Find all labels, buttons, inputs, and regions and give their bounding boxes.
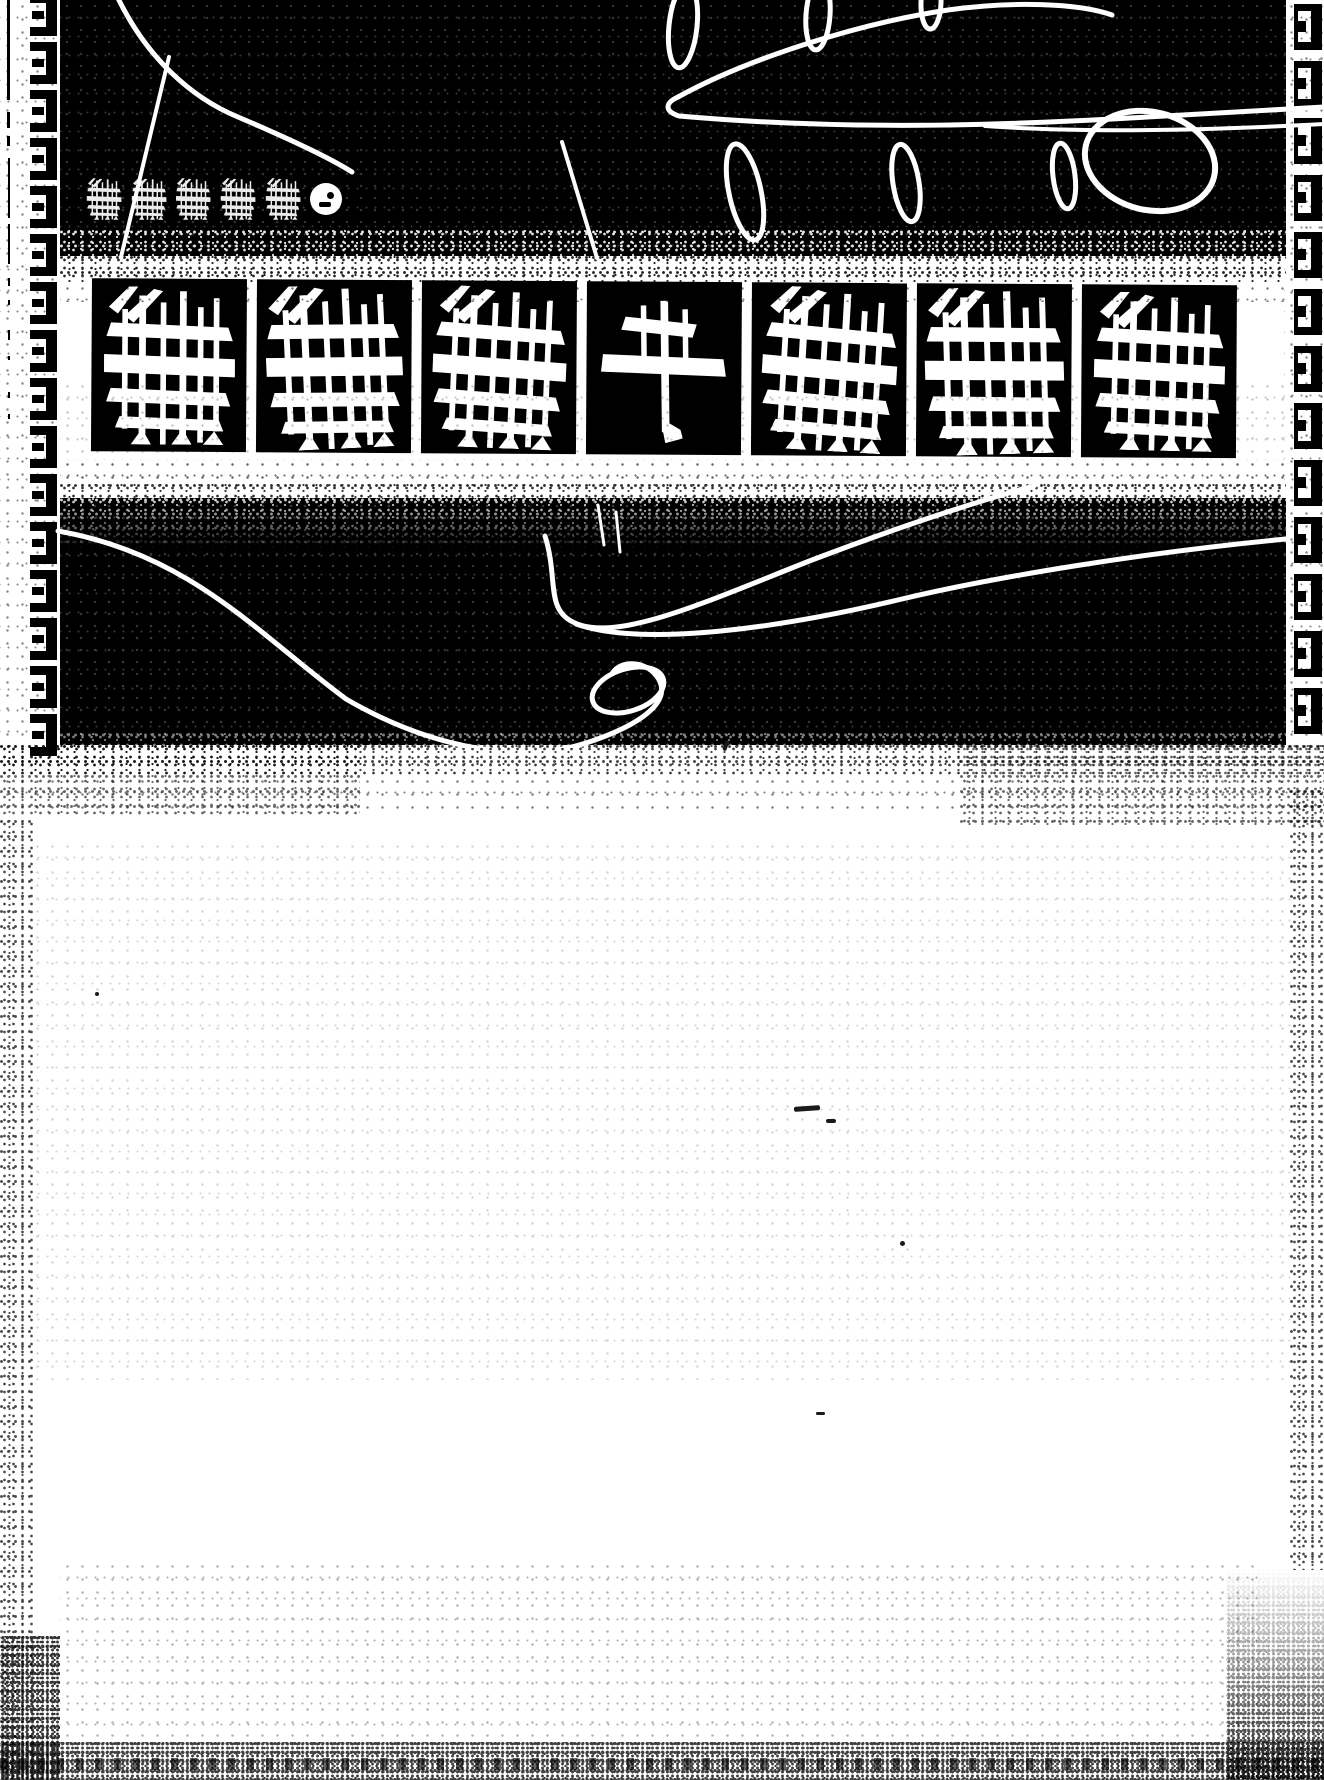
title-row: 華精相手洋落莫 — [59, 278, 1286, 458]
scan-noise — [30, 840, 1294, 1380]
fret-unit — [1294, 403, 1322, 449]
registration-line-segment — [8, 300, 10, 305]
title-glyph — [425, 284, 572, 451]
fret-unit — [1294, 289, 1322, 335]
title-character-box: 手 — [586, 281, 742, 455]
scanned-book-cover-page: 武陵出版社 華精相手洋落莫 莫落洋手相精華 — [0, 0, 1324, 1780]
fret-unit — [30, 666, 57, 708]
scan-noise — [60, 1560, 1264, 1740]
registration-line-segment — [8, 414, 10, 419]
fret-unit — [30, 330, 57, 372]
fret-unit — [30, 234, 57, 276]
scan-noise-bottom-edge — [0, 1742, 1324, 1780]
registration-line-segment — [8, 356, 10, 360]
fret-unit — [1294, 175, 1322, 221]
fret-unit — [30, 378, 57, 420]
right-fret-border — [1294, 4, 1322, 745]
title-character-box: 落 — [916, 283, 1072, 457]
registration-line-segment — [7, 136, 10, 146]
title-character-box: 相 — [421, 280, 577, 454]
cover-lower-black-band — [60, 498, 1286, 745]
title-character-box: 莫 — [1081, 284, 1237, 458]
fret-unit — [30, 138, 57, 180]
fret-unit — [30, 570, 57, 612]
fret-unit — [30, 186, 57, 228]
title-glyph — [918, 284, 1069, 456]
title-reading: 莫落洋手相精華 — [0, 0, 1, 1]
fret-unit — [1294, 232, 1322, 278]
fret-unit — [1294, 460, 1322, 506]
registration-line-segment — [8, 224, 10, 264]
stray-mark — [826, 1119, 836, 1123]
scan-noise — [0, 775, 1324, 811]
publisher-logo-icon — [310, 183, 342, 215]
publisher-glyph — [131, 176, 167, 222]
fret-unit — [30, 618, 57, 660]
scan-noise-corner — [0, 1636, 60, 1780]
fret-unit — [1294, 346, 1322, 392]
fret-unit — [30, 426, 57, 468]
scan-noise-torn-edge — [0, 745, 1324, 775]
fret-unit — [1294, 61, 1322, 107]
stray-mark — [95, 992, 99, 996]
fret-unit — [30, 0, 57, 36]
fret-unit — [1294, 517, 1322, 563]
left-fret-border — [30, 0, 57, 762]
fret-unit — [30, 522, 57, 564]
fret-unit — [1294, 118, 1322, 164]
fret-unit — [30, 90, 57, 132]
scan-noise — [960, 745, 1324, 825]
scan-noise-left-margin — [0, 820, 34, 1780]
stray-mark — [816, 1412, 825, 1415]
registration-line-segment — [8, 158, 10, 218]
title-character-box: 華 — [91, 278, 247, 452]
title-glyph — [753, 284, 904, 455]
publisher-imprint — [86, 164, 342, 234]
scan-noise-corner — [1226, 1568, 1324, 1780]
fret-unit — [30, 282, 57, 324]
stray-mark — [900, 1241, 905, 1246]
registration-line-segment — [7, 112, 10, 128]
fret-unit — [30, 474, 57, 516]
registration-line-segment — [8, 392, 10, 398]
registration-line-segment — [7, 0, 10, 100]
publisher-reading: 武陵出版社 — [0, 0, 1, 1]
registration-line-segment — [8, 330, 10, 340]
fret-unit — [30, 42, 57, 84]
fret-unit — [1294, 574, 1322, 620]
scan-noise-right-margin — [1290, 790, 1324, 1570]
fret-unit — [1294, 631, 1322, 677]
title-glyph — [596, 291, 732, 446]
stray-mark — [794, 1105, 820, 1112]
fret-unit — [1294, 688, 1322, 734]
fret-unit — [30, 714, 57, 756]
fret-unit — [1294, 4, 1322, 50]
title-character-box: 精 — [256, 279, 412, 453]
publisher-glyph — [176, 176, 212, 222]
title-character-box: 洋 — [751, 282, 907, 456]
scan-noise-bottom-edge — [0, 1758, 1324, 1770]
title-glyph — [1088, 291, 1230, 452]
publisher-glyph — [220, 176, 256, 222]
publisher-glyph — [265, 176, 301, 222]
registration-line-segment — [8, 278, 10, 286]
title-glyph — [258, 281, 409, 452]
publisher-glyph — [86, 176, 122, 222]
title-glyph — [99, 286, 238, 445]
